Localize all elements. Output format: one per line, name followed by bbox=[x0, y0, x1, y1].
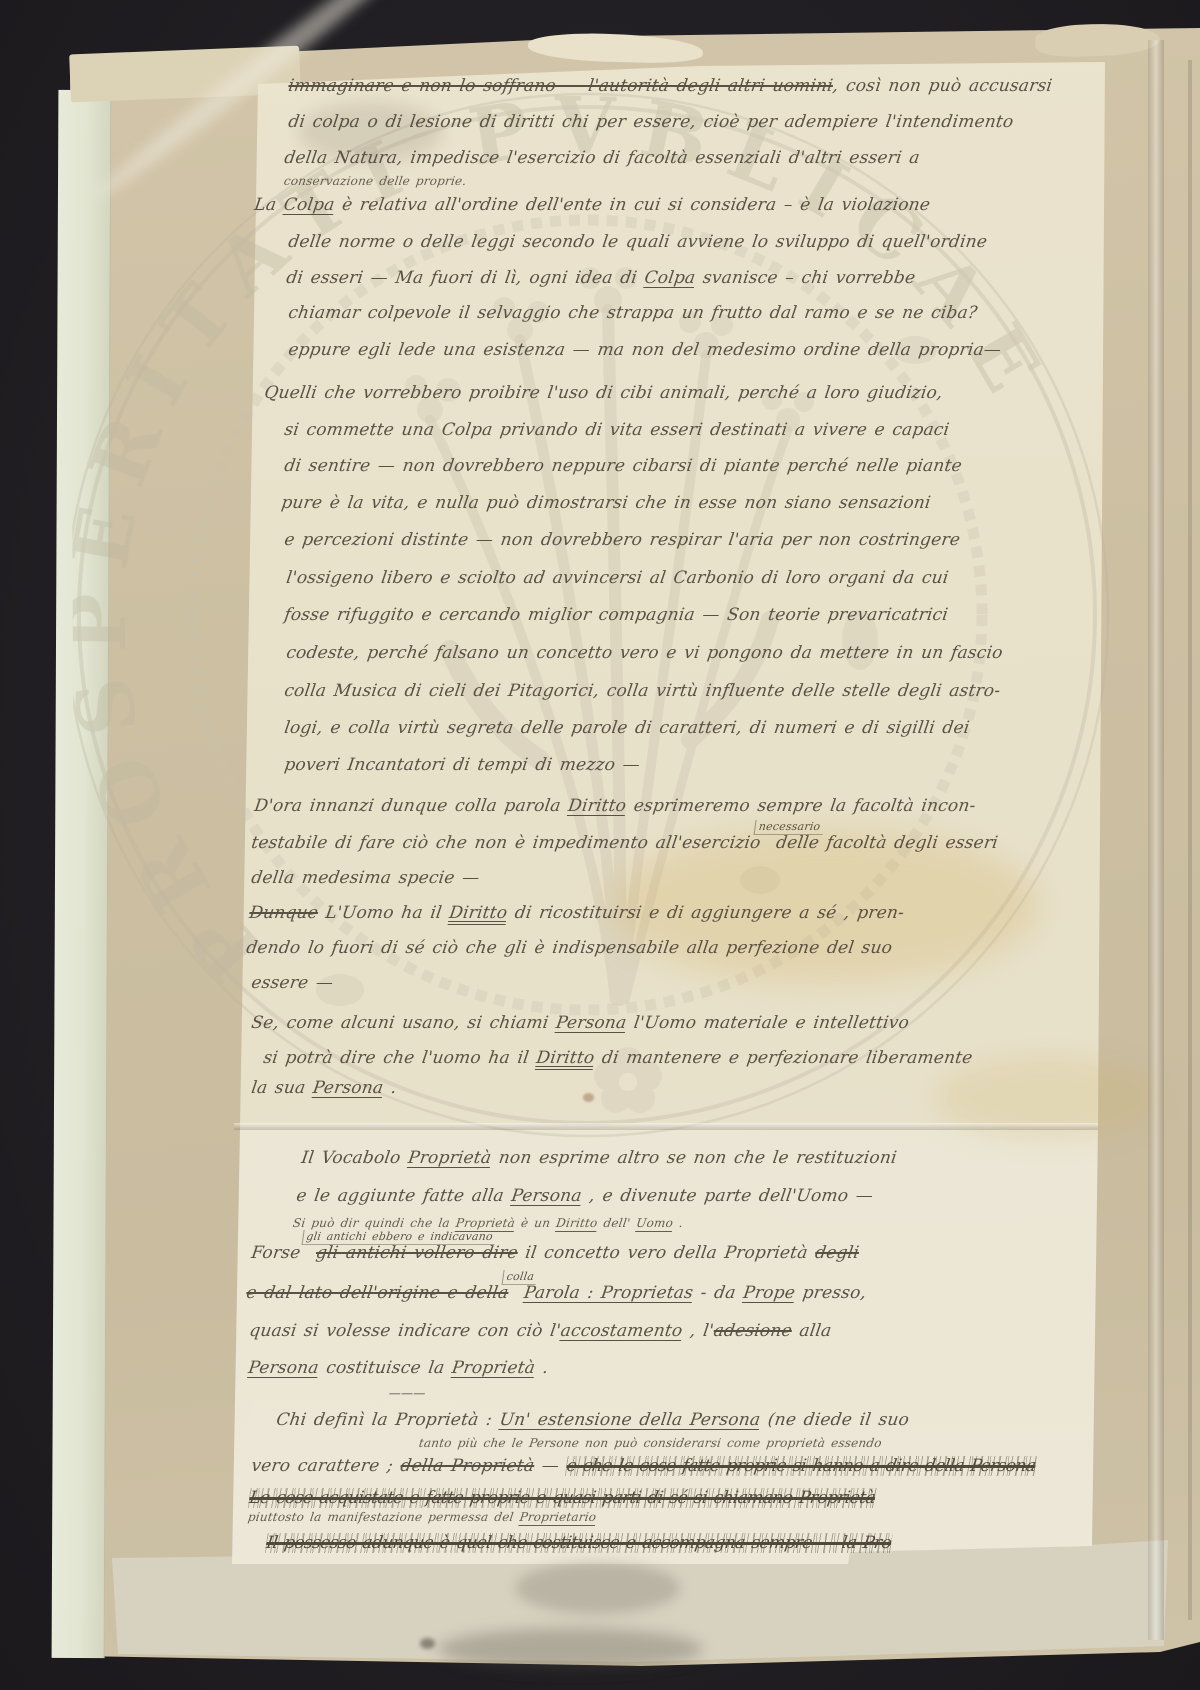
manuscript-text: immaginare e non lo soffrano — l'autorit… bbox=[0, 0, 1200, 1690]
manuscript-line: pure è la vita, e nulla può dimostrarsi … bbox=[280, 493, 932, 513]
text-segment: il concetto vero della Proprietà bbox=[516, 1243, 816, 1263]
text-segment: adesione bbox=[712, 1321, 793, 1341]
text-segment: e le aggiunte fatte alla bbox=[295, 1186, 513, 1206]
manuscript-line: piuttosto la manifestazione permessa del… bbox=[247, 1510, 597, 1524]
manuscript-line: Il possesso adunque è quel che costituis… bbox=[265, 1533, 892, 1553]
text-segment: di ricostituirsi e di aggiungere a sé , … bbox=[506, 903, 906, 923]
text-segment: Forse bbox=[250, 1243, 309, 1263]
text-segment: Uomo bbox=[635, 1216, 674, 1230]
text-segment: della Natura, impedisce l'esercizio di f… bbox=[283, 148, 921, 168]
text-segment: l'ossigeno libero e sciolto ad avvincers… bbox=[285, 568, 950, 588]
text-segment: colla Musica di cieli dei Pitagorici, co… bbox=[283, 681, 1002, 701]
manuscript-line: dendo lo fuori di sé ciò che gli è indis… bbox=[245, 938, 894, 958]
text-segment: e che le cose fatte proprie si hanno a d… bbox=[565, 1456, 1036, 1476]
text-segment: poveri Incantatori di tempi di mezzo — bbox=[283, 755, 641, 775]
text-segment: Quelli che vorrebbero proibire l'uso di … bbox=[263, 383, 944, 403]
text-segment: Colpa bbox=[282, 195, 336, 215]
manuscript-line: Si può dir quindi che la Proprietà è un … bbox=[292, 1216, 684, 1230]
text-segment: presso, bbox=[794, 1283, 868, 1303]
text-segment: costituisce la bbox=[317, 1358, 453, 1378]
manuscript-line: conservazione delle proprie. bbox=[283, 174, 467, 188]
manuscript-line: tanto più che le Persone non può conside… bbox=[418, 1436, 883, 1450]
text-segment: della medesima specie — bbox=[250, 868, 481, 888]
manuscript-line: vero carattere ; della Proprietà — e che… bbox=[250, 1456, 1037, 1476]
text-segment: ——— bbox=[388, 1386, 427, 1400]
interline-insertion-text: colla bbox=[502, 1270, 538, 1285]
text-segment: Prope bbox=[742, 1283, 797, 1303]
text-segment: e percezioni distinte — non dovrebbero r… bbox=[283, 530, 961, 550]
text-segment: accostamento bbox=[559, 1321, 684, 1341]
text-segment: Persona bbox=[510, 1186, 583, 1206]
manuscript-line: si commette una Colpa privando di vita e… bbox=[283, 420, 951, 440]
text-segment: Diritto bbox=[448, 903, 509, 923]
manuscript-line: l'ossigeno libero e sciolto ad avvincers… bbox=[285, 568, 950, 588]
text-segment: di mantenere e perfezionare liberamente bbox=[593, 1048, 974, 1068]
manuscript-line: di colpa o di lesione di diritti chi per… bbox=[287, 112, 1015, 132]
manuscript-line: fosse rifuggito e cercando miglior compa… bbox=[283, 605, 949, 625]
manuscript-line: della Natura, impedisce l'esercizio di f… bbox=[283, 148, 921, 168]
manuscript-line: e percezioni distinte — non dovrebbero r… bbox=[283, 530, 961, 550]
text-segment: l'Uomo materiale e intellettivo bbox=[625, 1013, 910, 1033]
text-segment: Proprietà bbox=[451, 1358, 537, 1378]
text-segment: Parola : Proprietas bbox=[523, 1283, 695, 1303]
text-segment: Le cose acquistate e fatte proprie e qua… bbox=[248, 1488, 876, 1508]
text-segment: , così non può accusarsi bbox=[831, 76, 1053, 96]
manuscript-line: colla Musica di cieli dei Pitagorici, co… bbox=[283, 681, 1002, 701]
text-segment: Dunque bbox=[248, 903, 319, 923]
text-segment: Proprietario bbox=[519, 1510, 598, 1524]
text-segment: quasi si volesse indicare con ciò l' bbox=[248, 1321, 562, 1341]
text-segment: codeste, perché falsano un concetto vero… bbox=[285, 643, 1004, 663]
text-segment: di sentire — non dovrebbero neppure ciba… bbox=[283, 456, 963, 476]
manuscript-line: immaginare e non lo soffrano — l'autorit… bbox=[287, 76, 1054, 96]
text-segment: si potrà dire che l'uomo ha il bbox=[262, 1048, 538, 1068]
manuscript-line: Il Vocabolo Proprietà non esprime altro … bbox=[300, 1148, 898, 1168]
manuscript-line: D'ora innanzi dunque colla parola Diritt… bbox=[253, 796, 977, 816]
text-segment: D'ora innanzi dunque colla parola bbox=[253, 796, 570, 816]
text-segment: . bbox=[534, 1358, 550, 1378]
manuscript-line: e dal lato dell'origine e dellacolla Par… bbox=[245, 1283, 868, 1303]
manuscript-line: delle norme o delle leggi secondo le qua… bbox=[287, 232, 989, 252]
text-segment: La bbox=[253, 195, 285, 215]
manuscript-line: testabile di fare ciò che non è impedime… bbox=[250, 833, 999, 853]
manuscript-line: e le aggiunte fatte alla Persona , e div… bbox=[295, 1186, 874, 1206]
text-segment: non esprime altro se non che le restituz… bbox=[490, 1148, 898, 1168]
text-segment: esprimeremo sempre la facoltà incon- bbox=[625, 796, 977, 816]
text-segment: dell' bbox=[597, 1216, 638, 1230]
text-segment: . bbox=[672, 1216, 684, 1230]
manuscript-line: ——— bbox=[388, 1386, 427, 1400]
text-segment: piuttosto la manifestazione permessa del bbox=[247, 1510, 521, 1524]
manuscript-line: di esseri — Ma fuori di lì, ogni idea di… bbox=[285, 268, 917, 288]
manuscript-line: eppure egli lede una esistenza — ma non … bbox=[287, 340, 1002, 360]
text-segment: Colpa bbox=[643, 268, 697, 288]
manuscript-line: Quelli che vorrebbero proibire l'uso di … bbox=[263, 383, 944, 403]
manuscript-line: poveri Incantatori di tempi di mezzo — bbox=[283, 755, 641, 775]
manuscript-line: della medesima specie — bbox=[250, 868, 481, 888]
text-segment: pure è la vita, e nulla può dimostrarsi … bbox=[280, 493, 932, 513]
text-segment: tanto più che le Persone non può conside… bbox=[418, 1436, 883, 1450]
text-segment: Diritto bbox=[555, 1216, 598, 1230]
text-segment: testabile di fare ciò che non è impedime… bbox=[250, 833, 762, 853]
text-segment: la sua bbox=[250, 1078, 314, 1098]
interline-insertion-text: necessario bbox=[754, 820, 825, 835]
manuscript-line: Persona costituisce la Proprietà . bbox=[247, 1358, 550, 1378]
text-segment: — bbox=[533, 1456, 568, 1476]
manuscript-line: di sentire — non dovrebbero neppure ciba… bbox=[283, 456, 963, 476]
text-segment: Il Vocabolo bbox=[300, 1148, 410, 1168]
text-segment: delle norme o delle leggi secondo le qua… bbox=[287, 232, 989, 252]
text-segment: delle facoltà degli esseri bbox=[767, 833, 999, 853]
text-segment: è relativa all'ordine dell'ente in cui s… bbox=[333, 195, 931, 215]
text-segment: e dal lato dell'origine e della bbox=[245, 1283, 510, 1303]
text-segment: Proprietà bbox=[407, 1148, 493, 1168]
manuscript-line: Dunque L'Uomo ha il Diritto di ricostitu… bbox=[248, 903, 905, 923]
text-segment: - da bbox=[692, 1283, 745, 1303]
manuscript-line: Forse gli antichi ebbero e indicavanogli… bbox=[250, 1243, 860, 1263]
text-segment: immaginare e non lo soffrano — l'autorit… bbox=[287, 76, 834, 96]
text-segment: Persona bbox=[555, 1013, 628, 1033]
text-segment: gli antichi vollero dire bbox=[315, 1243, 519, 1263]
text-segment: degli bbox=[814, 1243, 861, 1263]
text-segment: , l' bbox=[681, 1321, 715, 1341]
manuscript-line: Se, come alcuni usano, si chiami Persona… bbox=[250, 1013, 910, 1033]
manuscript-line: essere — bbox=[250, 973, 335, 993]
text-segment: fosse rifuggito e cercando miglior compa… bbox=[283, 605, 949, 625]
manuscript-line: quasi si volesse indicare con ciò l'acco… bbox=[248, 1321, 833, 1341]
text-segment: L'Uomo ha il bbox=[317, 903, 451, 923]
text-segment: . bbox=[382, 1078, 398, 1098]
text-segment: dendo lo fuori di sé ciò che gli è indis… bbox=[245, 938, 894, 958]
text-segment: Si può dir quindi che la bbox=[292, 1216, 457, 1230]
text-segment: conservazione delle proprie. bbox=[283, 174, 467, 188]
text-segment: (ne diede il suo bbox=[759, 1410, 911, 1430]
text-segment: Un' estensione della Persona bbox=[498, 1410, 761, 1430]
text-segment: Persona bbox=[312, 1078, 385, 1098]
text-segment: eppure egli lede una esistenza — ma non … bbox=[287, 340, 1002, 360]
text-segment: Proprietà bbox=[455, 1216, 516, 1230]
text-segment: Diritto bbox=[567, 796, 628, 816]
text-segment: vero carattere ; bbox=[250, 1456, 402, 1476]
text-segment: essere — bbox=[250, 973, 335, 993]
manuscript-line: Chi definì la Proprietà : Un' estensione… bbox=[275, 1410, 910, 1430]
text-segment: Chi definì la Proprietà : bbox=[275, 1410, 501, 1430]
manuscript-line: La Colpa è relativa all'ordine dell'ente… bbox=[253, 195, 932, 215]
text-segment: di esseri — Ma fuori di lì, ogni idea di bbox=[285, 268, 646, 288]
text-segment: di colpa o di lesione di diritti chi per… bbox=[287, 112, 1015, 132]
text-segment: si commette una Colpa privando di vita e… bbox=[283, 420, 951, 440]
manuscript-line: codeste, perché falsano un concetto vero… bbox=[285, 643, 1004, 663]
manuscript-line: si potrà dire che l'uomo ha il Diritto d… bbox=[262, 1048, 974, 1068]
text-segment: Diritto bbox=[535, 1048, 596, 1068]
text-segment: Il possesso adunque è quel che costituis… bbox=[265, 1533, 892, 1553]
text-segment: logi, e colla virtù segreta delle parole… bbox=[283, 718, 971, 738]
manuscript-line: Le cose acquistate e fatte proprie e qua… bbox=[248, 1488, 876, 1508]
manuscript-line: la sua Persona . bbox=[250, 1078, 398, 1098]
manuscript-scan: PROSPERITATI PVBLICAE bbox=[0, 0, 1200, 1690]
text-segment: alla bbox=[790, 1321, 832, 1341]
text-segment: , e divenute parte dell'Uomo — bbox=[580, 1186, 874, 1206]
text-segment: è un bbox=[514, 1216, 557, 1230]
text-segment: svanisce – chi vorrebbe bbox=[694, 268, 917, 288]
manuscript-line: chiamar colpevole il selvaggio che strap… bbox=[287, 303, 979, 323]
text-segment: chiamar colpevole il selvaggio che strap… bbox=[287, 303, 979, 323]
manuscript-line: logi, e colla virtù segreta delle parole… bbox=[283, 718, 971, 738]
text-segment: Persona bbox=[247, 1358, 320, 1378]
interline-insertion-text: gli antichi ebbero e indicavano bbox=[301, 1230, 497, 1245]
text-segment: della Proprietà bbox=[399, 1456, 535, 1476]
text-segment: Se, come alcuni usano, si chiami bbox=[250, 1013, 557, 1033]
